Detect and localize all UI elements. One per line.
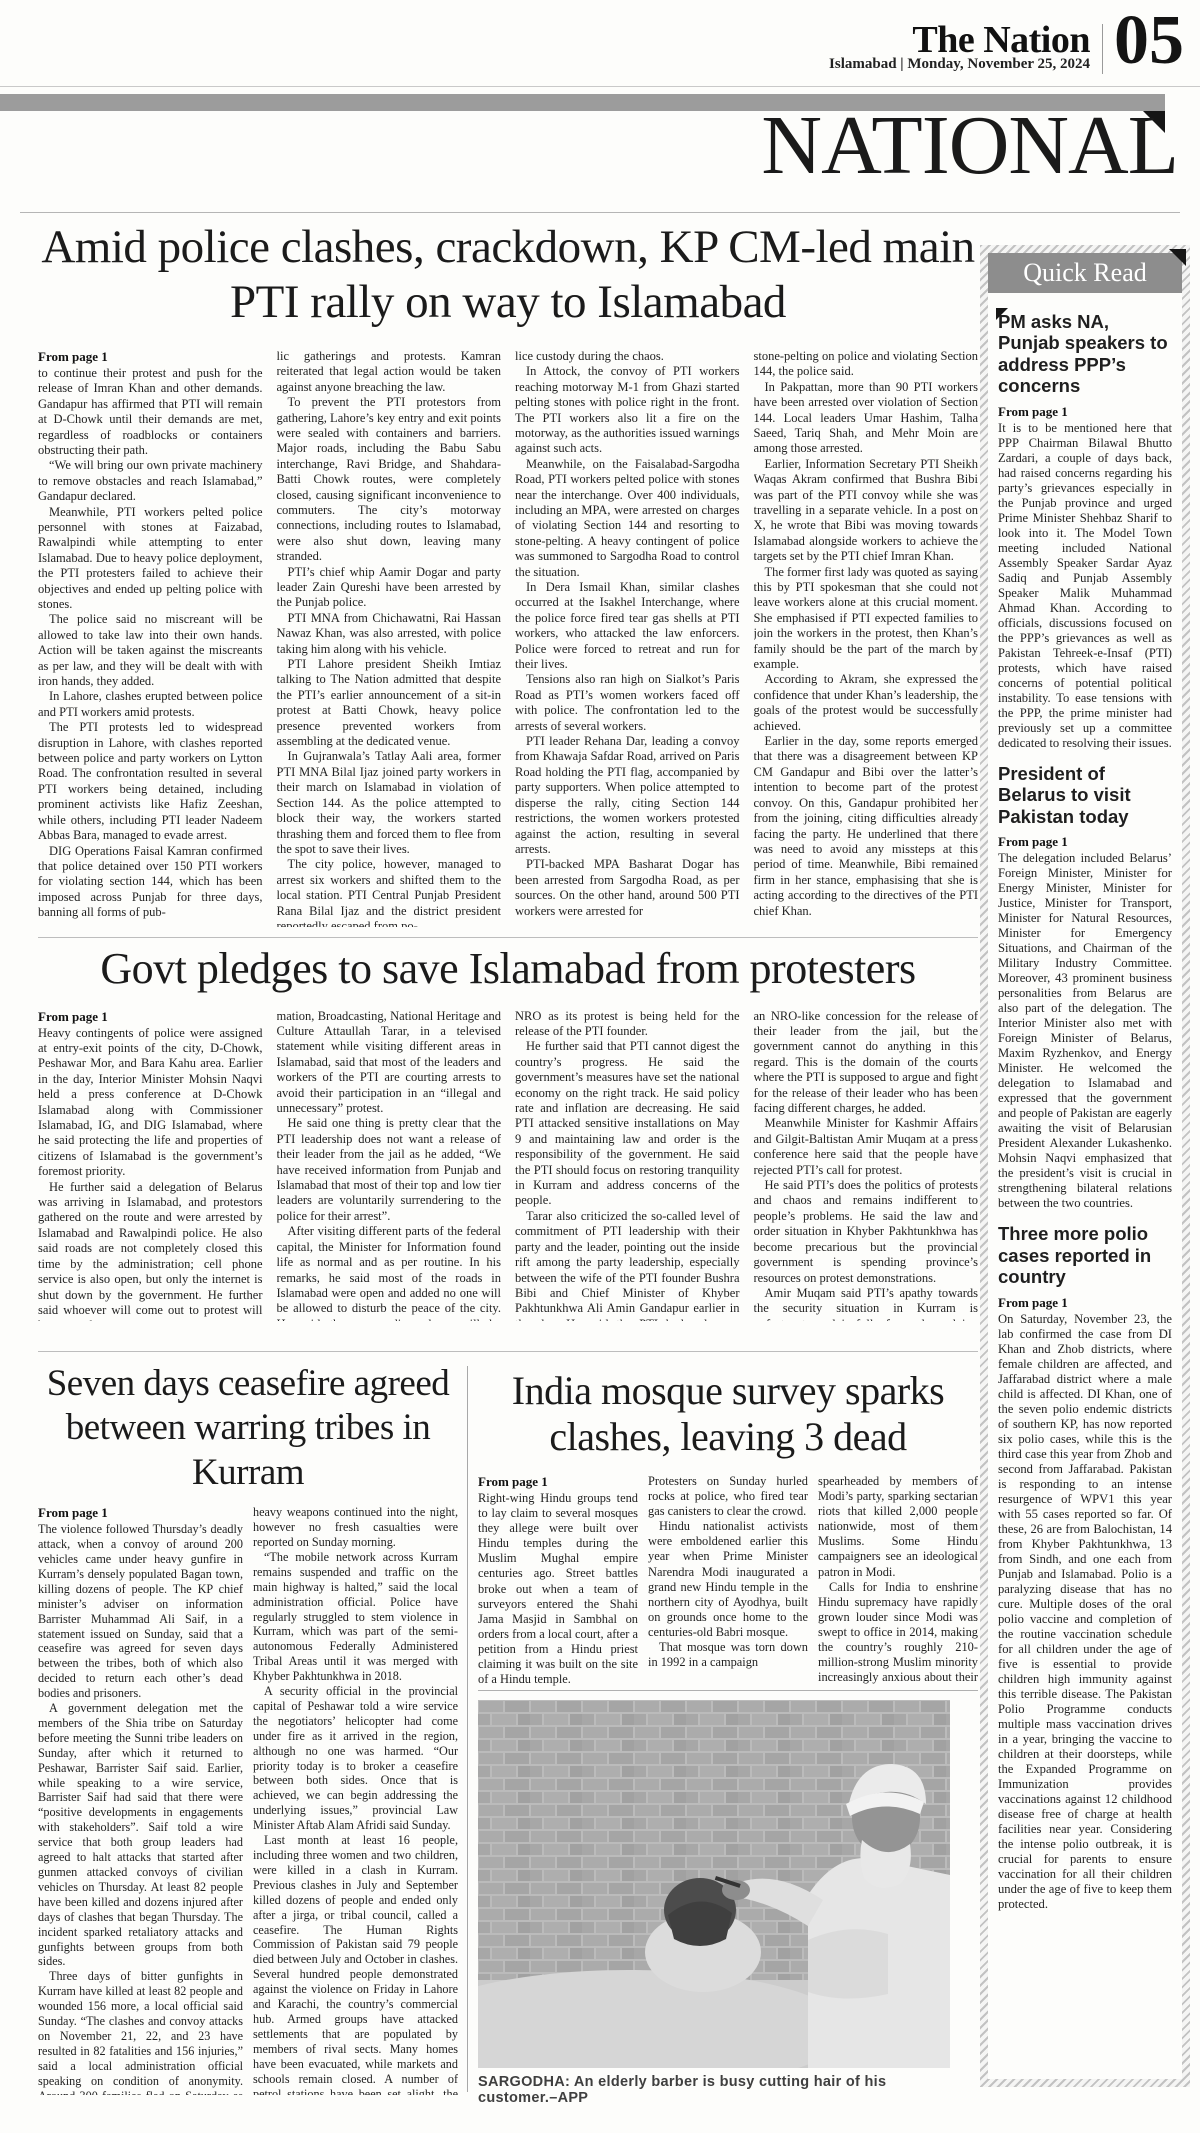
from-page-label: From page 1 bbox=[998, 834, 1172, 850]
india-column-3: spearheaded by members of Modi’s party, … bbox=[818, 1474, 978, 1686]
column-text: lice custody during the chaos.In Attock,… bbox=[515, 349, 740, 919]
quick-read-item-heading: President of Belarus to visit Pakistan t… bbox=[998, 763, 1172, 827]
column-text: NRO as its protest is being held for the… bbox=[515, 1009, 740, 1321]
india-column-2: Protesters on Sunday hurled rocks at pol… bbox=[648, 1474, 808, 1686]
page-number: 05 bbox=[1114, 6, 1184, 76]
quick-read-box: Quick Read PM asks NA, Punjab speakers t… bbox=[980, 245, 1190, 2087]
from-page-label: From page 1 bbox=[38, 349, 263, 365]
column-text: spearheaded by members of Modi’s party, … bbox=[818, 1474, 978, 1686]
column-text: Heavy contingents of police were assigne… bbox=[38, 1026, 263, 1321]
main-column-3: lice custody during the chaos.In Attock,… bbox=[515, 349, 740, 927]
quick-read-item-heading: Three more polio cases reported in count… bbox=[998, 1223, 1172, 1287]
article-govt: Govt pledges to save Islamabad from prot… bbox=[38, 944, 978, 1321]
quick-read-item-body: The delegation included Belarus’ Foreign… bbox=[998, 851, 1172, 1211]
kurram-headline: Seven days ceasefire agreed between warr… bbox=[38, 1362, 458, 1495]
india-body: From page 1 Right-wing Hindu groups tend… bbox=[478, 1474, 978, 1686]
section-title: NATIONAL bbox=[761, 106, 1178, 186]
divider-rule bbox=[38, 937, 978, 938]
govt-column-3: NRO as its protest is being held for the… bbox=[515, 1009, 740, 1321]
quick-read-item-body: It is to be mentioned here that PPP Chai… bbox=[998, 421, 1172, 751]
kurram-body: From page 1 The violence followed Thursd… bbox=[38, 1505, 458, 2095]
from-page-label: From page 1 bbox=[998, 1295, 1172, 1311]
vertical-divider bbox=[467, 1366, 468, 2092]
masthead-divider bbox=[1102, 24, 1103, 74]
india-headline: India mosque survey sparks clashes, leav… bbox=[478, 1368, 978, 1460]
quick-read-content: PM asks NA, Punjab speakers to address P… bbox=[988, 297, 1182, 1912]
newspaper-page: The Nation Islamabad | Monday, November … bbox=[0, 0, 1200, 2133]
column-text: Right-wing Hindu groups tend to lay clai… bbox=[478, 1491, 638, 1686]
article-kurram: Seven days ceasefire agreed between warr… bbox=[38, 1362, 458, 2095]
column-text: Protesters on Sunday hurled rocks at pol… bbox=[648, 1474, 808, 1670]
from-page-label: From page 1 bbox=[38, 1009, 263, 1025]
divider-rule bbox=[38, 1351, 978, 1352]
quick-read-item-belarus: President of Belarus to visit Pakistan t… bbox=[998, 763, 1172, 1211]
article-main: Amid police clashes, crackdown, KP CM-le… bbox=[38, 220, 978, 927]
header-rule bbox=[0, 86, 1200, 87]
masthead-dateline: Islamabad | Monday, November 25, 2024 bbox=[829, 56, 1090, 73]
india-column-1: From page 1 Right-wing Hindu groups tend… bbox=[478, 1474, 638, 1686]
column-text: heavy weapons continued into the night, … bbox=[253, 1505, 458, 2095]
column-text: The violence followed Thursday’s deadly … bbox=[38, 1522, 243, 2095]
govt-column-1: From page 1 Heavy contingents of police … bbox=[38, 1009, 263, 1321]
from-page-label: From page 1 bbox=[478, 1474, 638, 1490]
quick-read-item-heading: PM asks NA, Punjab speakers to address P… bbox=[998, 311, 1172, 397]
column-text: lic gatherings and protests. Kamran reit… bbox=[277, 349, 502, 927]
from-page-label: From page 1 bbox=[998, 404, 1172, 420]
quick-read-item-body: On Saturday, November 23, the lab confir… bbox=[998, 1312, 1172, 1912]
barber-photo-illustration bbox=[478, 1700, 950, 2068]
column-text: an NRO-like concession for the release o… bbox=[754, 1009, 979, 1321]
column-text: to continue their protest and push for t… bbox=[38, 366, 263, 921]
quick-read-title: Quick Read bbox=[988, 253, 1182, 293]
main-column-2: lic gatherings and protests. Kamran reit… bbox=[277, 349, 502, 927]
kurram-column-2: heavy weapons continued into the night, … bbox=[253, 1505, 458, 2095]
main-column-4: stone-pelting on police and violating Se… bbox=[754, 349, 979, 927]
main-headline: Amid police clashes, crackdown, KP CM-le… bbox=[38, 220, 978, 331]
barber-photo bbox=[478, 1700, 950, 2068]
content-rule bbox=[20, 212, 1180, 213]
quick-read-inner: Quick Read PM asks NA, Punjab speakers t… bbox=[988, 253, 1182, 2079]
photo-caption: SARGODHA: An elderly barber is busy cutt… bbox=[478, 2074, 960, 2106]
govt-headline: Govt pledges to save Islamabad from prot… bbox=[38, 944, 978, 995]
column-text: mation, Broadcasting, National Heritage … bbox=[277, 1009, 502, 1321]
main-body: From page 1 to continue their protest an… bbox=[38, 349, 978, 927]
article-india: India mosque survey sparks clashes, leav… bbox=[478, 1368, 978, 1686]
main-column-1: From page 1 to continue their protest an… bbox=[38, 349, 263, 927]
kurram-column-1: From page 1 The violence followed Thursd… bbox=[38, 1505, 243, 2095]
photo-top-rule bbox=[478, 1690, 978, 1691]
govt-column-2: mation, Broadcasting, National Heritage … bbox=[277, 1009, 502, 1321]
column-text: stone-pelting on police and violating Se… bbox=[754, 349, 979, 919]
quick-read-item-pm: PM asks NA, Punjab speakers to address P… bbox=[998, 311, 1172, 751]
govt-body: From page 1 Heavy contingents of police … bbox=[38, 1009, 978, 1321]
quick-read-item-polio: Three more polio cases reported in count… bbox=[998, 1223, 1172, 1911]
from-page-label: From page 1 bbox=[38, 1505, 243, 1521]
govt-column-4: an NRO-like concession for the release o… bbox=[754, 1009, 979, 1321]
quick-read-header: Quick Read bbox=[988, 253, 1182, 293]
